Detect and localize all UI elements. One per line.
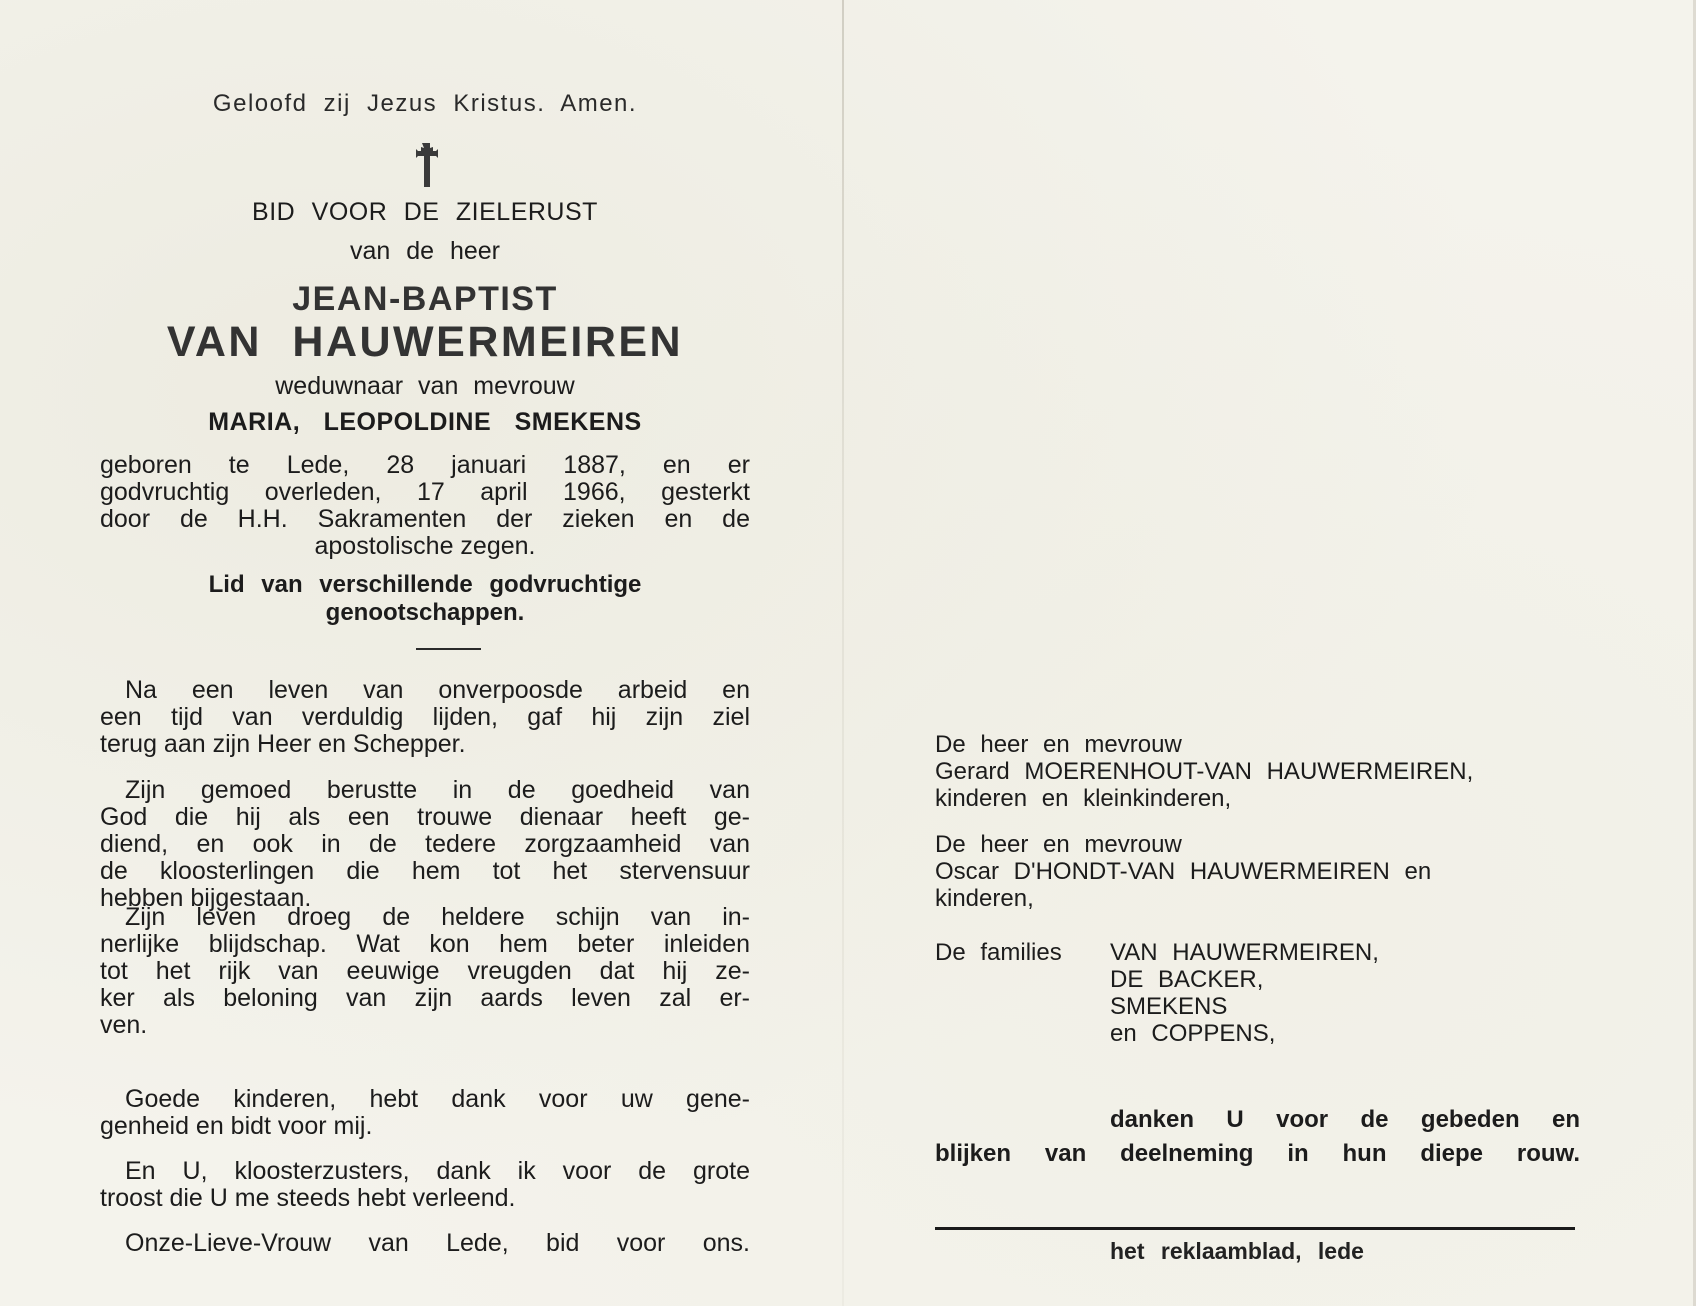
paragraph-line: Zijn gemoed berustte in de goedheid van (100, 777, 750, 804)
paragraph: Zijn gemoed berustte in de goedheid van … (100, 777, 750, 912)
family-name: DE BACKER, (1110, 966, 1379, 993)
divider (416, 648, 481, 650)
paragraph: Zijn leven droeg de heldere schijn van i… (100, 904, 750, 1039)
birth-death-line: godvruchtig overleden, 17 april 1966, ge… (100, 479, 750, 506)
closing-prayer: Onze-Lieve-Vrouw van Lede, bid voor ons. (100, 1230, 750, 1257)
thanks-line: blijken van deelneming in hun diepe rouw… (935, 1137, 1580, 1171)
paragraph-line: Zijn leven droeg de heldere schijn van i… (100, 904, 750, 931)
paragraph-line: Na een leven van onverpoosde arbeid en (100, 677, 750, 704)
paragraph-line: tot het rijk van eeuwige vreugden dat hi… (100, 958, 750, 985)
paragraph-line: diend, en ook in de tedere zorgzaamheid … (100, 831, 750, 858)
membership-block: Lid van verschillende godvruchtige genoo… (100, 571, 750, 627)
family-line: kinderen en kleinkinderen, (935, 785, 1473, 812)
birth-death-block: geboren te Lede, 28 januari 1887, en er … (100, 452, 750, 560)
paragraph-line: genheid en bidt voor mij. (100, 1113, 750, 1140)
widower-text: weduwnaar van mevrouw (100, 372, 750, 401)
printer-credit: het reklaamblad, lede (1110, 1238, 1364, 1265)
invocation-text: Geloofd zij Jezus Kristus. Amen. (100, 90, 750, 118)
birth-death-line: apostolische zegen. (100, 533, 750, 560)
membership-line: Lid van verschillende godvruchtige (100, 571, 750, 599)
right-panel: De heer en mevrouw Gerard MOERENHOUT-VAN… (935, 0, 1585, 1306)
families-label: De families (935, 939, 1062, 966)
paragraph-line: ker als beloning van zijn aards leven za… (100, 985, 750, 1012)
thanks-line: danken U voor de gebeden en (935, 1103, 1580, 1137)
paragraph-line: troost die U me steeds hebt verleend. (100, 1185, 750, 1212)
fold-line (842, 0, 844, 1306)
paragraph: En U, kloosterzusters, dank ik voor de g… (100, 1158, 750, 1212)
deceased-first-name: JEAN-BAPTIST (100, 280, 750, 319)
paragraph: Na een leven van onverpoosde arbeid en e… (100, 677, 750, 758)
spouse-name: MARIA, LEOPOLDINE SMEKENS (100, 408, 750, 437)
paragraph-line: de kloosterlingen die hem tot het sterve… (100, 858, 750, 885)
prayer-request-heading: BID VOOR DE ZIELERUST (100, 198, 750, 227)
family-line: kinderen, (935, 885, 1431, 912)
paragraph-line: ven. (100, 1012, 750, 1039)
divider (935, 1227, 1575, 1230)
paragraph-line: En U, kloosterzusters, dank ik voor de g… (100, 1158, 750, 1185)
birth-death-line: geboren te Lede, 28 januari 1887, en er (100, 452, 750, 479)
honorific-text: van de heer (100, 237, 750, 266)
paragraph-line: Onze-Lieve-Vrouw van Lede, bid voor ons. (100, 1230, 750, 1257)
family-group: De heer en mevrouw Gerard MOERENHOUT-VAN… (935, 731, 1473, 812)
latin-cross-icon (406, 140, 446, 190)
family-line: De heer en mevrouw (935, 831, 1431, 858)
thanks-text: danken U voor de gebeden en blijken van … (935, 1103, 1580, 1171)
paragraph-line: nerlijke blijdschap. Wat kon hem beter i… (100, 931, 750, 958)
paragraph: Goede kinderen, hebt dank voor uw gene- … (100, 1086, 750, 1140)
families-names: VAN HAUWERMEIREN, DE BACKER, SMEKENS en … (1110, 939, 1379, 1047)
paragraph-line: God die hij als een trouwe dienaar heeft… (100, 804, 750, 831)
family-name: SMEKENS (1110, 993, 1379, 1020)
family-line: De heer en mevrouw (935, 731, 1473, 758)
birth-death-line: door de H.H. Sakramenten der zieken en d… (100, 506, 750, 533)
memorial-card: Geloofd zij Jezus Kristus. Amen. BID VOO… (0, 0, 1696, 1306)
family-line: Gerard MOERENHOUT-VAN HAUWERMEIREN, (935, 758, 1473, 785)
paragraph-line: terug aan zijn Heer en Schepper. (100, 731, 750, 758)
family-line: Oscar D'HONDT-VAN HAUWERMEIREN en (935, 858, 1431, 885)
family-name: en COPPENS, (1110, 1020, 1379, 1047)
family-name: VAN HAUWERMEIREN, (1110, 939, 1379, 966)
paragraph-line: Goede kinderen, hebt dank voor uw gene- (100, 1086, 750, 1113)
left-panel: Geloofd zij Jezus Kristus. Amen. BID VOO… (100, 0, 750, 1306)
paragraph-line: een tijd van verduldig lijden, gaf hij z… (100, 704, 750, 731)
deceased-surname: VAN HAUWERMEIREN (100, 318, 750, 367)
membership-line: genootschappen. (100, 599, 750, 627)
family-group: De heer en mevrouw Oscar D'HONDT-VAN HAU… (935, 831, 1431, 912)
